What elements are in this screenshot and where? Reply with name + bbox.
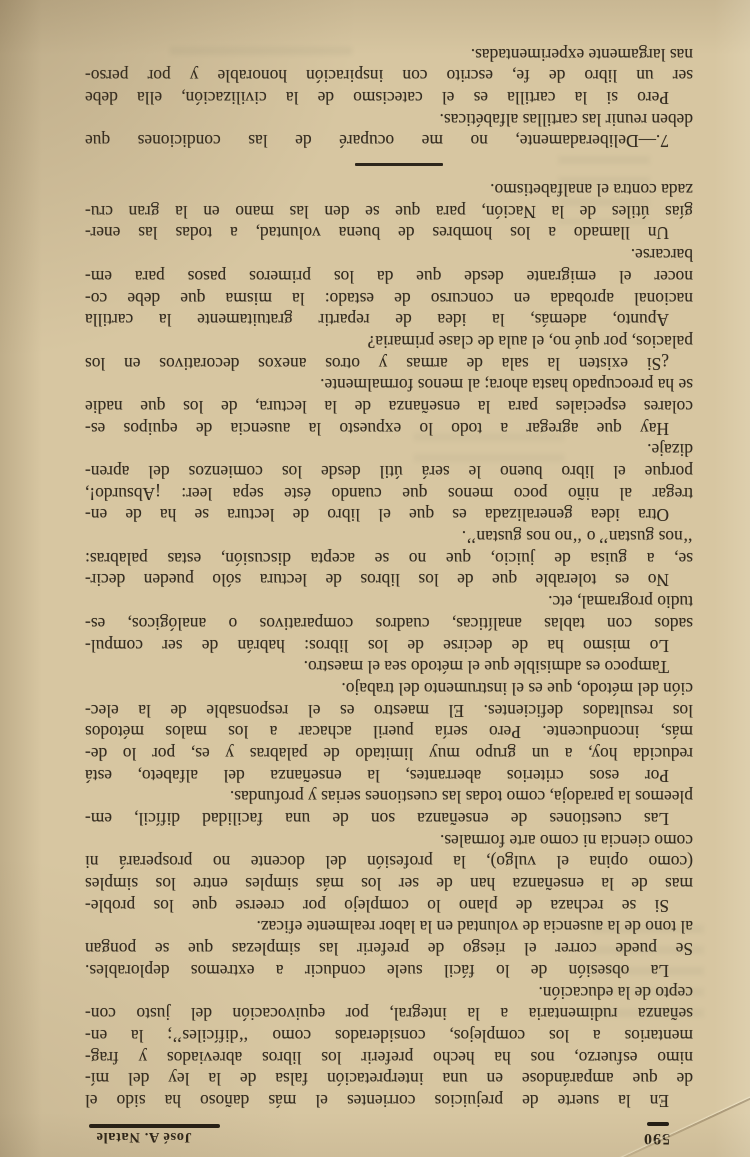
text-line: Se puede correr el riesgo de preferir la… bbox=[85, 938, 693, 960]
page-content: En la suerte de prejuicios corrientes el… bbox=[85, 43, 693, 1111]
paragraph: Apunto, además, la idea de repartir grat… bbox=[85, 244, 693, 331]
book-page: 590 José A. Natale En la suerte de preju… bbox=[0, 0, 750, 1157]
text-line: Por esos criterios aberrantes, la enseña… bbox=[85, 764, 693, 786]
paragraph: La obsesión de lo fácil suele conducir a… bbox=[85, 916, 693, 981]
text-line: sados con tablas analíticas, cuadros com… bbox=[85, 612, 693, 634]
running-head-author: José A. Natale bbox=[96, 1128, 192, 1145]
paragraph: Si se rechaza de plano lo complejo por c… bbox=[85, 829, 693, 916]
text-line: porque el libro bueno le será útil desde… bbox=[85, 460, 693, 482]
text-line: nimo esfuerzo, nos ha hecho preferir los… bbox=[85, 1046, 693, 1068]
paragraph: En la suerte de prejuicios corrientes el… bbox=[85, 981, 693, 1111]
text-line: al tono de la ausencia de voluntad en la… bbox=[85, 916, 693, 938]
text-line: Apunto, además, la idea de repartir grat… bbox=[85, 309, 693, 331]
text-line: Lo mismo ha de decirse de los libros: ha… bbox=[85, 634, 693, 656]
text-line: nocer el emigrante desde que da los prim… bbox=[85, 265, 693, 287]
paragraph: Un llamado a los hombres de buena volunt… bbox=[85, 178, 693, 243]
section-separator-rule bbox=[355, 163, 443, 166]
paragraph: Las cuestiones de enseñanza son de una f… bbox=[85, 786, 693, 829]
running-head-underline bbox=[89, 1124, 220, 1128]
page-number-underline bbox=[647, 1122, 669, 1126]
text-line: Un llamado a los hombres de buena volunt… bbox=[85, 222, 693, 244]
section-separator bbox=[85, 151, 693, 178]
text-line: Tampoco es admisible que el método sea e… bbox=[85, 656, 693, 678]
text-line: Hay que agregar a todo lo expuesto la au… bbox=[85, 417, 693, 439]
paragraph: No es tolerable que de los libros de lec… bbox=[85, 525, 693, 590]
text-line: nas largamente experimentadas. bbox=[85, 43, 693, 65]
text-line: mentarios a los complejos, considerados … bbox=[85, 1024, 693, 1046]
paragraph: ¿Si existen la sala de armas y otros ane… bbox=[85, 330, 693, 373]
text-line: Pero si la cartilla es el catecismo de l… bbox=[85, 86, 693, 108]
text-line: Las cuestiones de enseñanza son de una f… bbox=[85, 807, 693, 829]
text-line: colares especiales para la enseñanza de … bbox=[85, 395, 693, 417]
paragraph: Hay que agregar a todo lo expuesto la au… bbox=[85, 374, 693, 439]
text-line: tudio programal, etc. bbox=[85, 591, 693, 613]
text-line: como ciencia ni como arte formales. bbox=[85, 829, 693, 851]
paragraph: Por esos criterios aberrantes, la enseña… bbox=[85, 677, 693, 785]
text-line: Si se rechaza de plano lo complejo por c… bbox=[85, 894, 693, 916]
text-line: No es tolerable que de los libros de lec… bbox=[85, 569, 693, 591]
text-line: se, a guisa de juicio, que no se acepta … bbox=[85, 547, 693, 569]
scanned-page: 590 José A. Natale En la suerte de preju… bbox=[0, 0, 750, 1157]
text-line: La obsesión de lo fácil suele conducir a… bbox=[85, 959, 693, 981]
text-line: gías útiles de la Nación, para que se de… bbox=[85, 200, 693, 222]
paragraph: Pero si la cartilla es el catecismo de l… bbox=[85, 43, 693, 108]
text-line: señanza rudimentaria a la integral, por … bbox=[85, 1003, 693, 1025]
text-line: ¿Si existen la sala de armas y otros ane… bbox=[85, 352, 693, 374]
paragraph: Otra idea generalizada es que el libro d… bbox=[85, 439, 693, 526]
text-line: zada contra el analfabetismo. bbox=[85, 178, 693, 200]
text-line: reducida hoy, a un grupo muy limitado de… bbox=[85, 742, 693, 764]
text-line: 7.—Deliberadamente, no me ocuparé de las… bbox=[85, 130, 693, 152]
text-line: En la suerte de prejuicios corrientes el… bbox=[85, 1089, 693, 1111]
text-line: barcarse. bbox=[85, 244, 693, 266]
paragraph: Lo mismo ha de decirse de los libros: ha… bbox=[85, 591, 693, 656]
text-line: ción del método, que es el instrumento d… bbox=[85, 677, 693, 699]
text-line: (como opina el vulgo), la profesión del … bbox=[85, 851, 693, 873]
text-line: dizaje. bbox=[85, 439, 693, 461]
text-line: Otra idea generalizada es que el libro d… bbox=[85, 504, 693, 526]
text-line: deben reunir las cartillas alfabéticas. bbox=[85, 108, 693, 130]
text-line: tregar al niño poco menos que cuando ést… bbox=[85, 482, 693, 504]
text-line: cepto de la educación. bbox=[85, 981, 693, 1003]
text-line: los resultados deficientes. El maestro e… bbox=[85, 699, 693, 721]
paragraph: 7.—Deliberadamente, no me ocuparé de las… bbox=[85, 108, 693, 151]
text-line: pleemos la paradoja, como todas las cues… bbox=[85, 786, 693, 808]
text-line: mas de la enseñanza han de ser los más s… bbox=[85, 872, 693, 894]
text-line: se ha preocupado hasta ahora; al menos f… bbox=[85, 374, 693, 396]
text-line: más, inconducente. Pero sería pueril ach… bbox=[85, 721, 693, 743]
paragraph: Tampoco es admisible que el método sea e… bbox=[85, 656, 693, 678]
text-line: de que amparándose en una interpretación… bbox=[85, 1068, 693, 1090]
text-line: palacios, por qué no, el aula de clase p… bbox=[85, 330, 693, 352]
text-line: ser un libro de fe, escrito con inspirac… bbox=[85, 65, 693, 87]
text-line: ‘‘nos gustan’’ o ‘‘no nos gustan’’. bbox=[85, 525, 693, 547]
text-line: nacional aprobada en concurso de estado:… bbox=[85, 287, 693, 309]
